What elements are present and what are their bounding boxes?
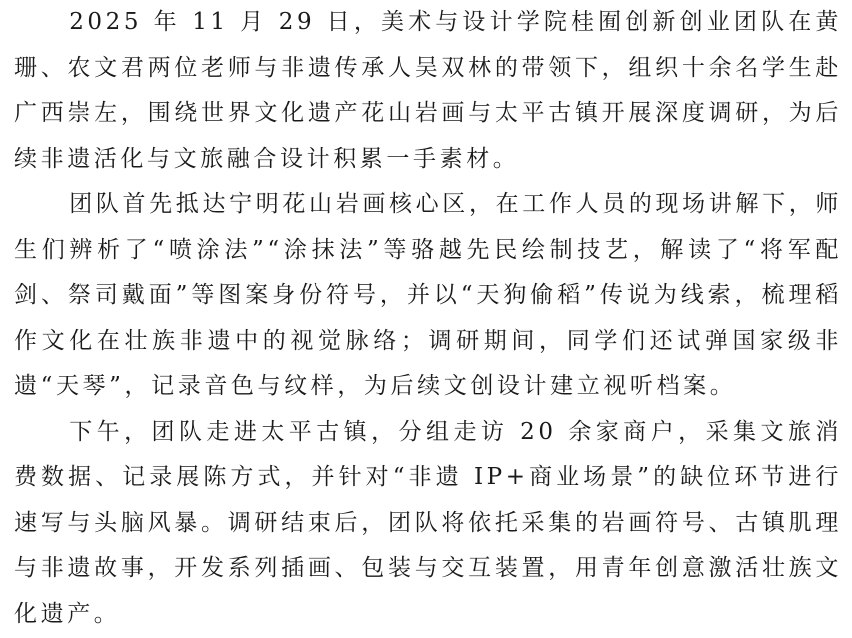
paragraph-taiping-town: 下午，团队走进太平古镇，分组走访 20 余家商户，采集文旅消费数据、记录展陈方式… <box>14 410 842 638</box>
article-body: 2025 年 11 月 29 日，美术与设计学院桂囿创新创业团队在黄珊、农文君两… <box>0 0 852 637</box>
paragraph-intro: 2025 年 11 月 29 日，美术与设计学院桂囿创新创业团队在黄珊、农文君两… <box>14 0 842 182</box>
paragraph-huashan-rock-art: 团队首先抵达宁明花山岩画核心区，在工作人员的现场讲解下，师生们辨析了“喷涂法”“… <box>14 182 842 410</box>
